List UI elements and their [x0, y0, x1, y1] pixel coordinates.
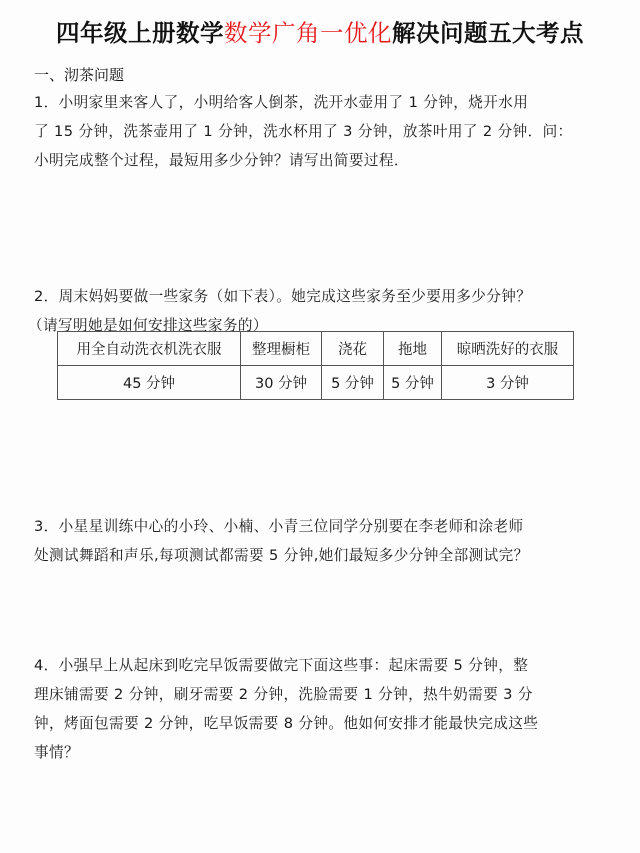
question-line: 小明完成整个过程，最短用多少分钟？请写出简要过程．: [34, 146, 609, 175]
section-heading: 一、沏茶问题: [34, 64, 124, 85]
question-line: 了 15 分钟，洗茶壶用了 1 分钟，洗水杯用了 3 分钟，放茶叶用了 2 分钟…: [34, 117, 609, 146]
title-highlight: 数学广角一优化: [224, 19, 392, 47]
question-4: 4．小强早上从起床到吃完早饭需要做完下面这些事：起床需要 5 分钟，整 理床铺需…: [34, 651, 609, 767]
table-header-cell: 拖地: [384, 332, 442, 366]
question-line: 处测试舞蹈和声乐,每项测试都需要 5 分钟,她们最短多少分钟全部测试完？: [34, 541, 609, 570]
table-cell: 30 分钟: [241, 366, 322, 400]
table-header-cell: 整理橱柜: [241, 332, 322, 366]
question-line: 3．小星星训练中心的小玲、小楠、小青三位同学分别要在李老师和涂老师: [34, 512, 609, 541]
question-line: 2．周末妈妈要做一些家务（如下表）。她完成这些家务至少要用多少分钟？: [34, 282, 609, 311]
title-part-2: 解决问题五大考点: [392, 19, 584, 47]
chores-table: 用全自动洗衣机洗衣服 整理橱柜 浇花 拖地 晾晒洗好的衣服 45 分钟 30 分…: [57, 331, 574, 400]
question-1: 1．小明家里来客人了，小明给客人倒茶，洗开水壶用了 1 分钟，烧开水用 了 15…: [34, 88, 609, 175]
question-3: 3．小星星训练中心的小玲、小楠、小青三位同学分别要在李老师和涂老师 处测试舞蹈和…: [34, 512, 609, 570]
table-cell: 45 分钟: [58, 366, 241, 400]
table-header-cell: 用全自动洗衣机洗衣服: [58, 332, 241, 366]
table-row: 45 分钟 30 分钟 5 分钟 5 分钟 3 分钟: [58, 366, 574, 400]
page-title: 四年级上册数学数学广角一优化解决问题五大考点: [0, 14, 640, 48]
title-part-1: 四年级上册数学: [56, 19, 224, 47]
question-line: 事情？: [34, 738, 609, 767]
table-cell: 5 分钟: [322, 366, 384, 400]
table-header-cell: 浇花: [322, 332, 384, 366]
table-header-row: 用全自动洗衣机洗衣服 整理橱柜 浇花 拖地 晾晒洗好的衣服: [58, 332, 574, 366]
question-line: 钟，烤面包需要 2 分钟，吃早饭需要 8 分钟。他如何安排才能最快完成这些: [34, 709, 609, 738]
question-line: 1．小明家里来客人了，小明给客人倒茶，洗开水壶用了 1 分钟，烧开水用: [34, 88, 609, 117]
question-line: 理床铺需要 2 分钟，刷牙需要 2 分钟，洗脸需要 1 分钟，热牛奶需要 3 分: [34, 680, 609, 709]
table-header-cell: 晾晒洗好的衣服: [442, 332, 574, 366]
table-cell: 3 分钟: [442, 366, 574, 400]
question-line: 4．小强早上从起床到吃完早饭需要做完下面这些事：起床需要 5 分钟，整: [34, 651, 609, 680]
table-cell: 5 分钟: [384, 366, 442, 400]
